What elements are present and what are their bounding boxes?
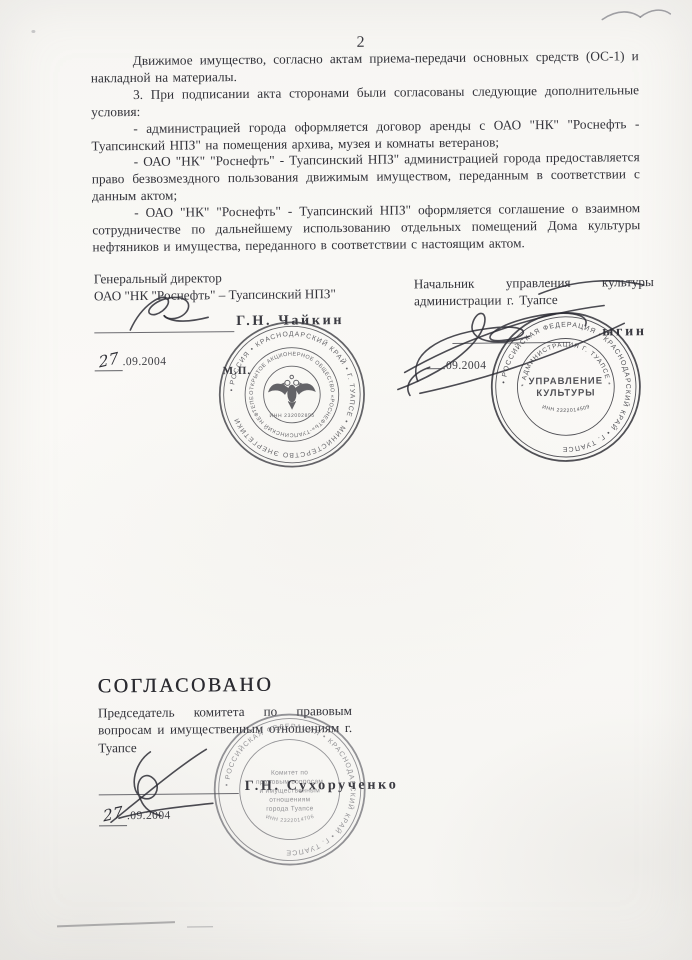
scanned-document-page: 2 Движимое имущество, согласно актам при… [0,0,692,960]
scan-artifact-dash [187,926,213,927]
handwritten-day: 27 [98,350,119,372]
paragraph-condition-use: - ОАО "НК" "Роснефть" - Туапсинский НПЗ"… [92,150,640,206]
signature-culture-head [389,275,660,398]
paragraph-clause-3: 3. При подписании акта сторонами были со… [91,82,639,121]
pen-mark [598,1,674,28]
scan-speck [31,30,35,33]
double-headed-eagle-icon [268,375,315,409]
paragraph-condition-lease: - администрацией города оформляется дого… [91,116,639,155]
signature-director [112,287,262,338]
document-body: Движимое имущество, согласно актам прием… [91,48,641,256]
svg-text:города Туапсе: города Туапсе [266,805,314,812]
paragraph-condition-cooperation: - ОАО "НК" "Роснефть" - Туапсинский НПЗ"… [92,200,640,256]
signature-block-culture-head: Начальник управления культуры администра… [414,273,655,395]
paragraph-movable-property: Движимое имущество, согласно актам прием… [91,48,639,87]
signature-committee-chair [88,743,249,835]
svg-text:ИНН 232002895: ИНН 232002895 [269,413,314,419]
date-typed: .09.2004 [123,355,167,368]
approval-heading: СОГЛАСОВАНО [98,676,358,696]
scan-artifact-line [57,921,175,927]
scan-content: 2 Движимое имущество, согласно актам при… [0,0,692,960]
signature-date: 27.09.2004 [95,352,167,372]
svg-text:правовым вопросам: правовым вопросам [256,778,323,786]
svg-text:ИНН 2322014509: ИНН 2322014509 [541,404,591,414]
svg-text:Комитет по: Комитет по [271,769,308,776]
svg-text:ИНН 2322014706: ИНН 2322014706 [265,814,315,825]
svg-text:и имущественным: и имущественным [259,787,320,795]
svg-text:отношениям: отношениям [269,796,310,803]
stamp-rosneft-refinery: • РОССИЯ • КРАСНОДАРСКИЙ КРАЙ • Г. ТУАПС… [213,316,370,473]
